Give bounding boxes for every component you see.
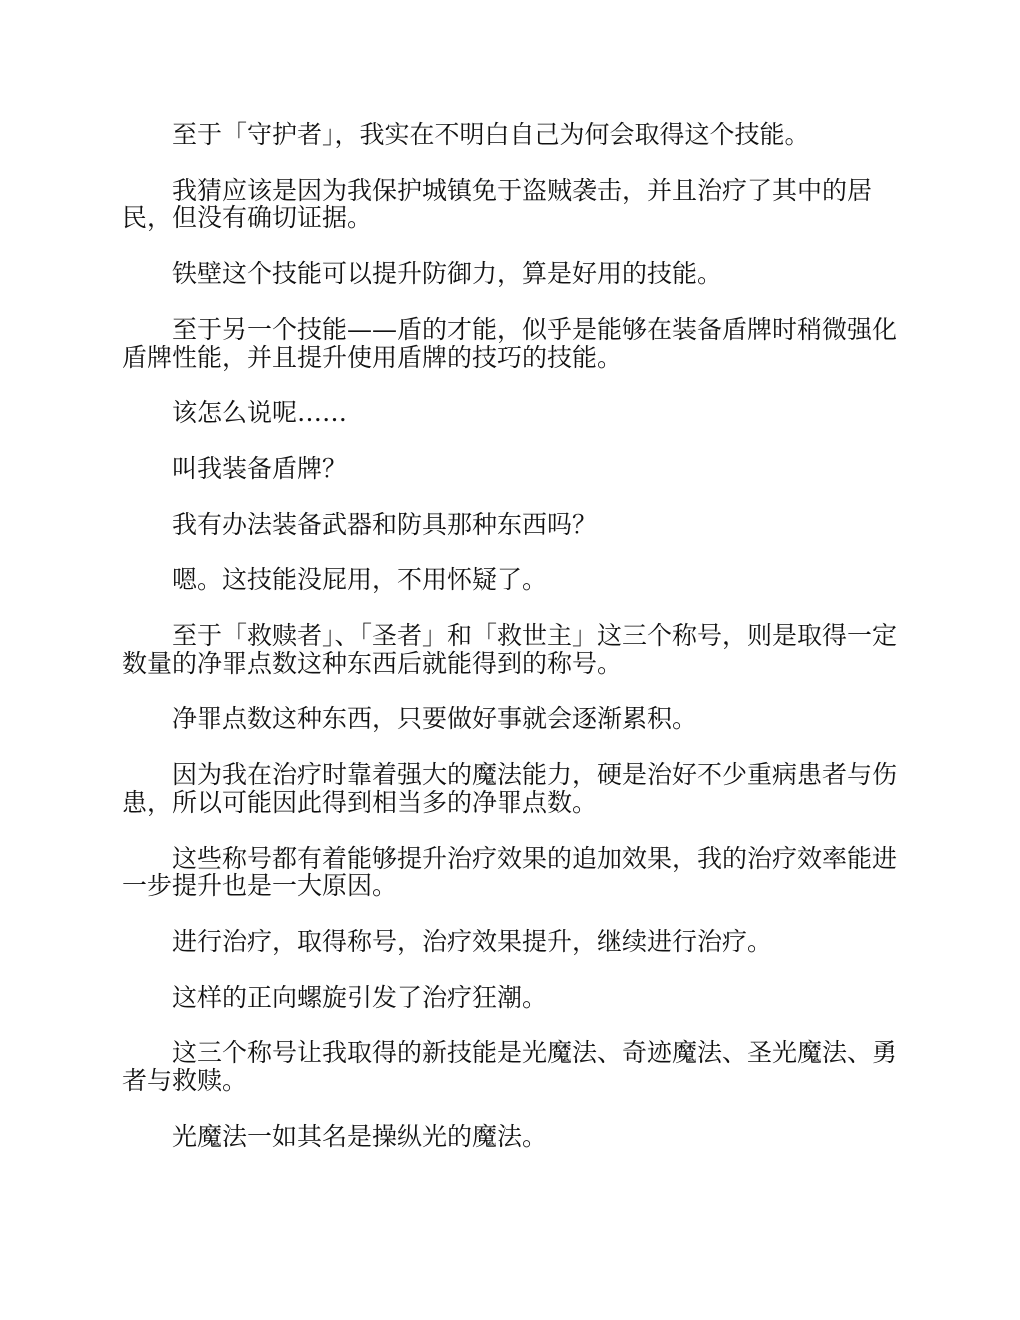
paragraph-10: 净罪点数这种东西，只要做好事就会逐渐累积。	[122, 705, 898, 733]
paragraph-8: 嗯。这技能没屁用，不用怀疑了。	[122, 566, 898, 594]
paragraph-15: 这三个称号让我取得的新技能是光魔法、奇迹魔法、圣光魔法、勇者与救赎。	[122, 1039, 898, 1094]
paragraph-3: 铁壁这个技能可以提升防御力，算是好用的技能。	[122, 260, 898, 288]
paragraph-1: 至于「守护者」，我实在不明白自己为何会取得这个技能。	[122, 121, 898, 149]
paragraph-9: 至于「救赎者」、「圣者」和「救世主」这三个称号，则是取得一定数量的净罪点数这种东…	[122, 622, 898, 677]
paragraph-12: 这些称号都有着能够提升治疗效果的追加效果，我的治疗效率能进一步提升也是一大原因。	[122, 845, 898, 900]
paragraph-16: 光魔法一如其名是操纵光的魔法。	[122, 1123, 898, 1151]
paragraph-4: 至于另一个技能——盾的才能，似乎是能够在装备盾牌时稍微强化盾牌性能，并且提升使用…	[122, 316, 898, 371]
paragraph-14: 这样的正向螺旋引发了治疗狂潮。	[122, 984, 898, 1012]
document-page: 至于「守护者」，我实在不明白自己为何会取得这个技能。 我猜应该是因为我保护城镇免…	[122, 121, 898, 1178]
paragraph-13: 进行治疗，取得称号，治疗效果提升，继续进行治疗。	[122, 928, 898, 956]
paragraph-6: 叫我装备盾牌？	[122, 455, 898, 483]
paragraph-7: 我有办法装备武器和防具那种东西吗？	[122, 511, 898, 539]
paragraph-11: 因为我在治疗时靠着强大的魔法能力，硬是治好不少重病患者与伤患，所以可能因此得到相…	[122, 761, 898, 816]
paragraph-2: 我猜应该是因为我保护城镇免于盗贼袭击，并且治疗了其中的居民，但没有确切证据。	[122, 177, 898, 232]
paragraph-5: 该怎么说呢……	[122, 399, 898, 427]
